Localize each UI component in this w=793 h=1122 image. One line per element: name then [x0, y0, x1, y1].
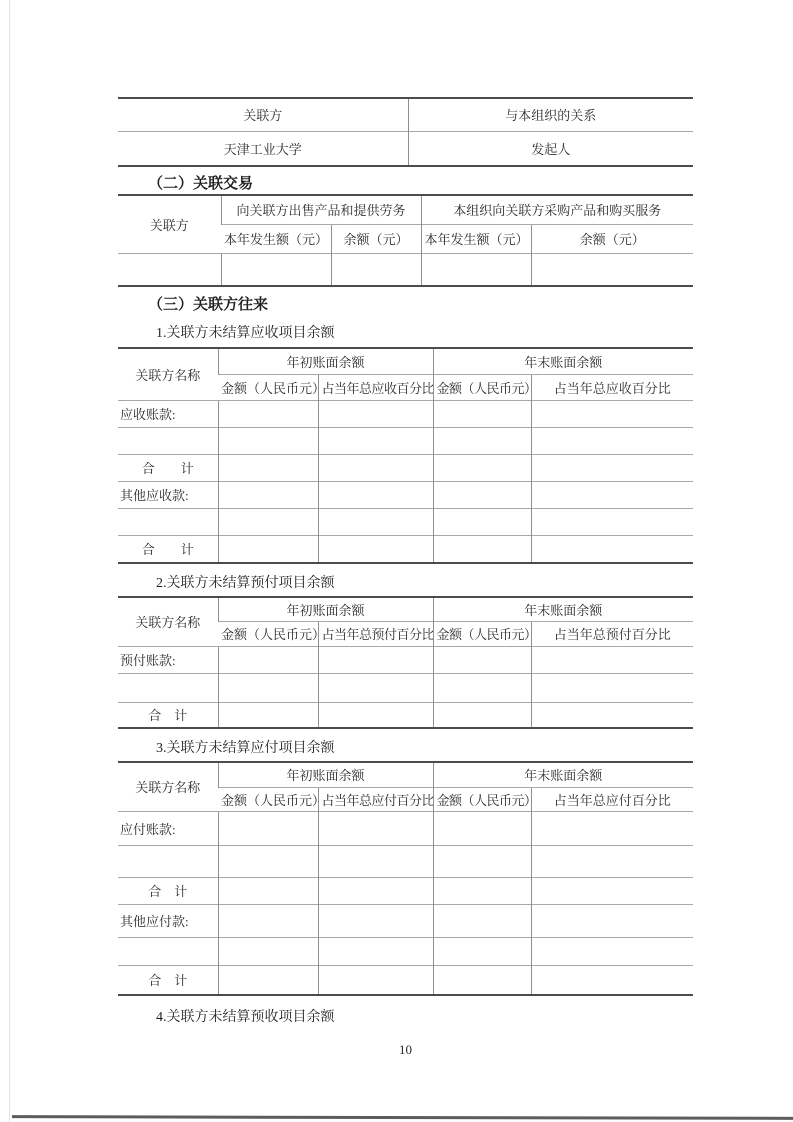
value-cell [318, 877, 433, 904]
value-cell [531, 965, 693, 995]
table-row [118, 427, 693, 454]
row-label-cell: 应收账款: [118, 400, 218, 427]
header-cell-amount: 金额（人民币元） [433, 787, 531, 811]
header-cell-amount: 金额（人民币元） [218, 621, 318, 646]
table-row: 其他应付款: [118, 904, 693, 937]
value-cell [531, 845, 693, 877]
value-cell [433, 937, 531, 965]
value-cell [531, 673, 693, 702]
value-cell [218, 904, 318, 937]
receivable-table: 关联方名称 年初账面余额 年末账面余额 金额（人民币元） 占当年总应收百分比 金… [118, 347, 693, 564]
header-cell-sell-group: 向关联方出售产品和提供劳务 [221, 195, 421, 224]
header-cell-balance: 余额（元） [331, 224, 421, 253]
table-group-header-row: 关联方名称 年初账面余额 年末账面余额 [118, 348, 693, 374]
total-row: 合 计 [118, 454, 693, 481]
value-cell [218, 535, 318, 563]
value-cell [433, 845, 531, 877]
row-label-cell [118, 673, 218, 702]
document-page: 关联方 与本组织的关系 天津工业大学 发起人 （二）关联交易 关联方 向关联方出… [0, 0, 793, 1122]
table-row: 其他应收款: [118, 481, 693, 508]
table-row [118, 937, 693, 965]
value-cell [433, 535, 531, 563]
header-cell-percent: 占当年总预付百分比 [531, 621, 693, 646]
value-cell [531, 937, 693, 965]
section-heading-transactions: （二）关联交易 [148, 174, 793, 194]
header-cell-percent: 占当年总应收百分比 [318, 374, 433, 400]
header-cell-end-group: 年末账面余额 [433, 762, 693, 787]
value-cell [531, 535, 693, 563]
table-row [118, 253, 693, 286]
header-cell-amount: 金额（人民币元） [218, 787, 318, 811]
header-cell-relation: 与本组织的关系 [408, 98, 693, 131]
header-cell-amount: 金额（人民币元） [218, 374, 318, 400]
value-cell [433, 508, 531, 535]
header-cell-amount: 本年发生额（元） [421, 224, 531, 253]
table-row: 天津工业大学 发起人 [118, 131, 693, 166]
value-cell [318, 673, 433, 702]
row-label-cell [118, 845, 218, 877]
value-cell [218, 937, 318, 965]
value-cell [531, 646, 693, 673]
value-cell [218, 454, 318, 481]
value-cell [433, 673, 531, 702]
header-cell-end-group: 年末账面余额 [433, 597, 693, 621]
value-cell [531, 400, 693, 427]
value-cell [318, 811, 433, 845]
row-label-cell: 其他应付款: [118, 904, 218, 937]
value-cell [433, 481, 531, 508]
row-label-cell: 应付账款: [118, 811, 218, 845]
header-cell-begin-group: 年初账面余额 [218, 348, 433, 374]
total-label-cell: 合 计 [118, 454, 218, 481]
total-row: 合 计 [118, 535, 693, 563]
header-cell-buy-group: 本组织向关联方采购产品和购买服务 [421, 195, 693, 224]
value-cell [118, 253, 221, 286]
header-cell-amount: 本年发生额（元） [221, 224, 331, 253]
value-cell [318, 845, 433, 877]
table-row [118, 673, 693, 702]
value-cell [318, 937, 433, 965]
row-label-cell [118, 508, 218, 535]
value-cell [531, 427, 693, 454]
value-cell [318, 481, 433, 508]
total-label-cell: 合 计 [118, 535, 218, 563]
table-group-header-row: 关联方名称 年初账面余额 年末账面余额 [118, 762, 693, 787]
prepaid-table: 关联方名称 年初账面余额 年末账面余额 金额（人民币元） 占当年总预付百分比 金… [118, 596, 693, 729]
table-row [118, 845, 693, 877]
header-cell-begin-group: 年初账面余额 [218, 597, 433, 621]
value-cell [318, 535, 433, 563]
total-label-cell: 合 计 [118, 702, 218, 728]
total-label-cell: 合 计 [118, 877, 218, 904]
header-cell-amount: 金额（人民币元） [433, 621, 531, 646]
value-cell [531, 508, 693, 535]
total-row: 合 计 [118, 877, 693, 904]
value-cell [218, 965, 318, 995]
table-row: 应收账款: [118, 400, 693, 427]
value-cell [433, 904, 531, 937]
table-row: 应付账款: [118, 811, 693, 845]
value-cell [218, 845, 318, 877]
header-cell-name: 关联方名称 [118, 762, 218, 811]
header-cell-party: 关联方 [118, 98, 408, 131]
value-cell [218, 702, 318, 728]
total-row: 合 计 [118, 965, 693, 995]
header-cell-balance: 余额（元） [531, 224, 693, 253]
value-cell [218, 481, 318, 508]
value-cell [318, 508, 433, 535]
row-label-cell [118, 427, 218, 454]
total-label-cell: 合 计 [118, 965, 218, 995]
section-heading-balances: （三）关联方往来 [148, 295, 793, 315]
header-cell-amount: 金额（人民币元） [433, 374, 531, 400]
table-row [118, 508, 693, 535]
value-cell [318, 454, 433, 481]
row-label-cell [118, 937, 218, 965]
value-cell [218, 877, 318, 904]
scan-left-edge-line [9, 0, 10, 1122]
subheading-advance: 4.关联方未结算预收项目余额 [156, 1008, 793, 1028]
value-cell [531, 877, 693, 904]
subheading-receivable: 1.关联方未结算应收项目余额 [156, 324, 793, 344]
value-cell [331, 253, 421, 286]
value-cell [221, 253, 331, 286]
value-cell [531, 904, 693, 937]
value-cell [531, 811, 693, 845]
value-cell [318, 702, 433, 728]
header-cell-end-group: 年末账面余额 [433, 348, 693, 374]
payable-table: 关联方名称 年初账面余额 年末账面余额 金额（人民币元） 占当年总应付百分比 金… [118, 761, 693, 996]
header-cell-party: 关联方 [118, 195, 221, 253]
subheading-prepaid: 2.关联方未结算预付项目余额 [156, 574, 793, 594]
value-cell [318, 427, 433, 454]
value-cell [218, 673, 318, 702]
table-group-header-row: 关联方 向关联方出售产品和提供劳务 本组织向关联方采购产品和购买服务 [118, 195, 693, 224]
value-cell [318, 904, 433, 937]
value-cell [218, 646, 318, 673]
row-label-cell: 预付账款: [118, 646, 218, 673]
value-cell [318, 400, 433, 427]
table-row: 预付账款: [118, 646, 693, 673]
value-cell [433, 646, 531, 673]
value-cell [421, 253, 531, 286]
transactions-table: 关联方 向关联方出售产品和提供劳务 本组织向关联方采购产品和购买服务 本年发生额… [118, 194, 693, 287]
header-cell-name: 关联方名称 [118, 348, 218, 400]
scan-bottom-edge-line [12, 1115, 793, 1120]
page-number: 10 [118, 1042, 693, 1058]
value-cell [531, 454, 693, 481]
value-cell [218, 400, 318, 427]
party-name-cell: 天津工业大学 [118, 131, 408, 166]
subheading-payable: 3.关联方未结算应付项目余额 [156, 739, 793, 759]
value-cell [218, 427, 318, 454]
value-cell [531, 481, 693, 508]
table-group-header-row: 关联方名称 年初账面余额 年末账面余额 [118, 597, 693, 621]
value-cell [218, 811, 318, 845]
value-cell [433, 965, 531, 995]
value-cell [433, 400, 531, 427]
relation-cell: 发起人 [408, 131, 693, 166]
header-cell-begin-group: 年初账面余额 [218, 762, 433, 787]
value-cell [433, 877, 531, 904]
value-cell [318, 646, 433, 673]
related-party-table: 关联方 与本组织的关系 天津工业大学 发起人 [118, 97, 693, 167]
total-row: 合 计 [118, 702, 693, 728]
value-cell [433, 811, 531, 845]
header-cell-name: 关联方名称 [118, 597, 218, 646]
header-cell-percent: 占当年总应付百分比 [531, 787, 693, 811]
value-cell [433, 454, 531, 481]
value-cell [531, 702, 693, 728]
header-cell-percent: 占当年总预付百分比 [318, 621, 433, 646]
value-cell [531, 253, 693, 286]
value-cell [218, 508, 318, 535]
table-header-row: 关联方 与本组织的关系 [118, 98, 693, 131]
value-cell [433, 427, 531, 454]
value-cell [318, 965, 433, 995]
header-cell-percent: 占当年总应付百分比 [318, 787, 433, 811]
value-cell [433, 702, 531, 728]
row-label-cell: 其他应收款: [118, 481, 218, 508]
header-cell-percent: 占当年总应收百分比 [531, 374, 693, 400]
